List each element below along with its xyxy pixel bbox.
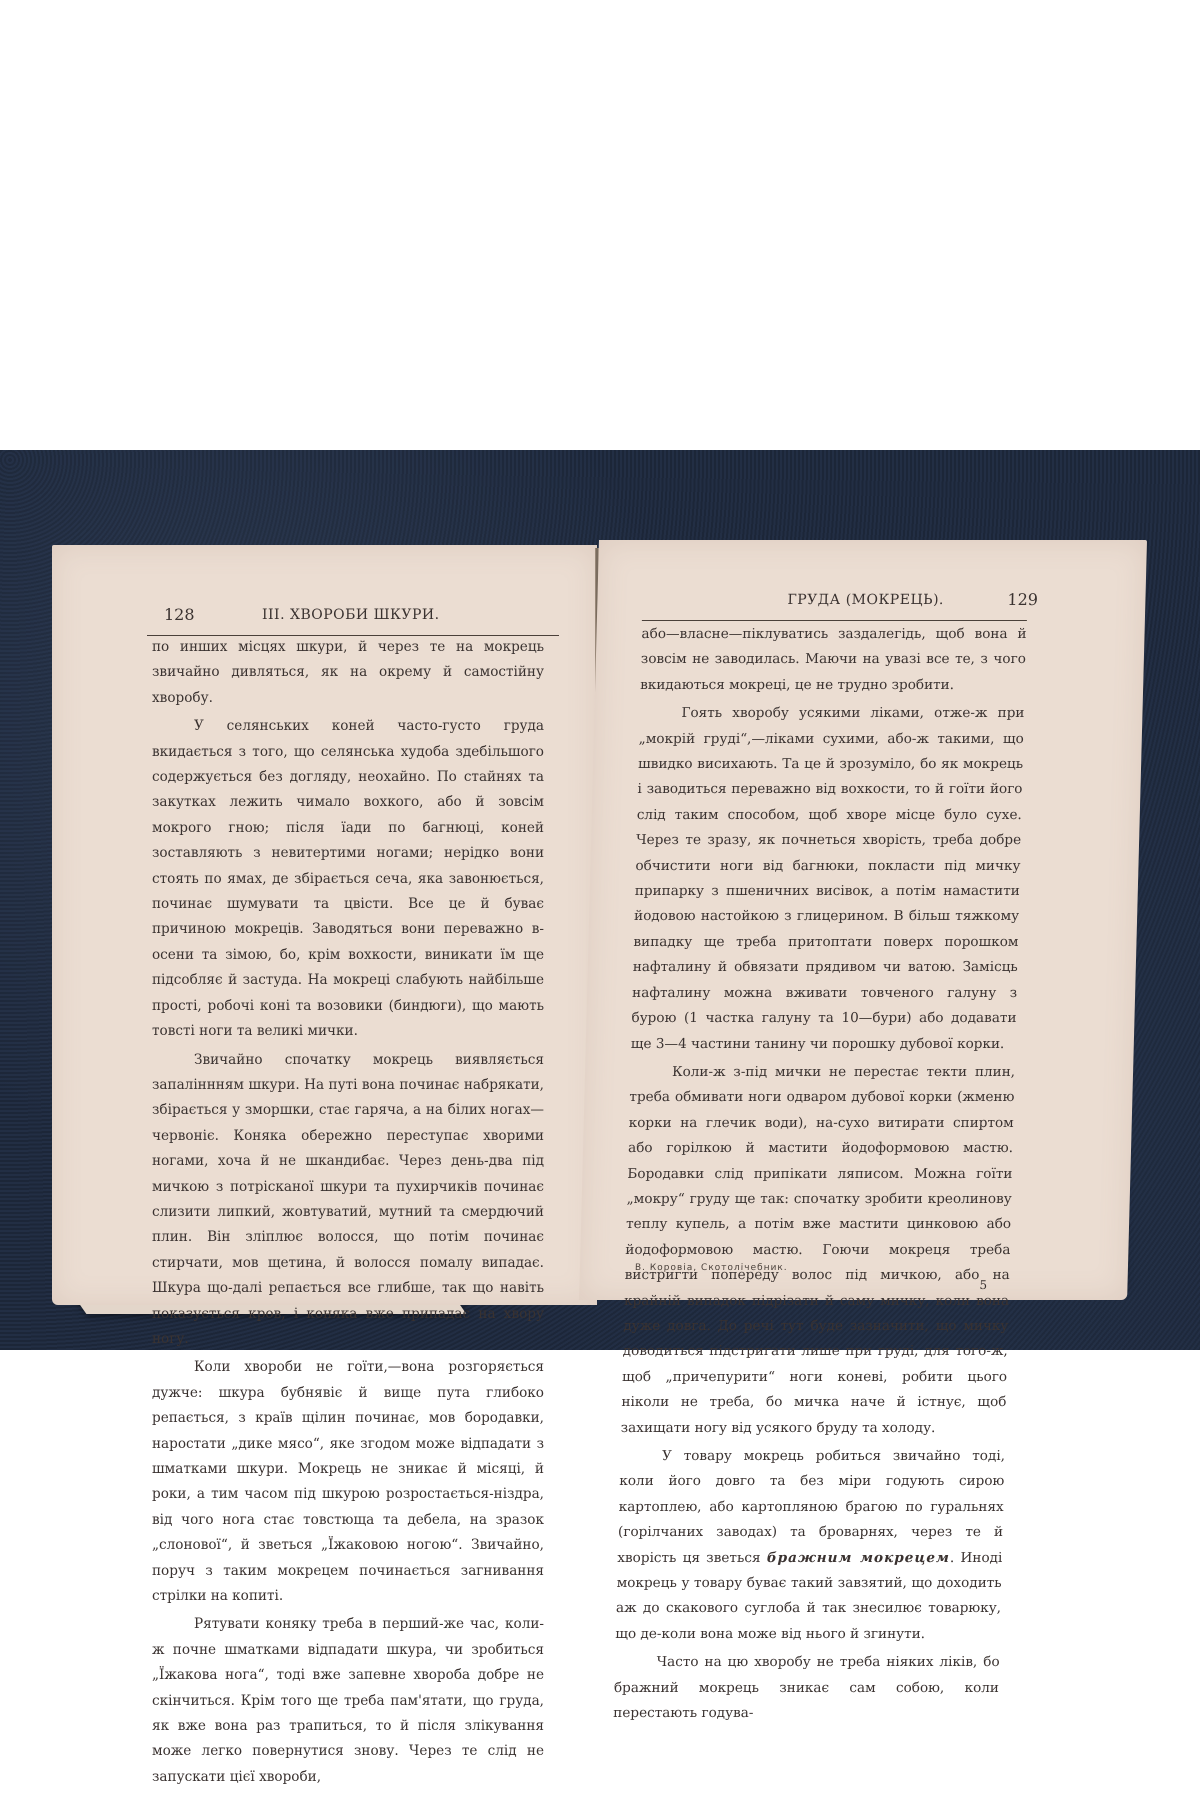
- paragraph: Рятувати коняку треба в перший-же час, к…: [152, 1612, 544, 1790]
- paragraph: Коли-ж з-під мички не перестає текти пли…: [620, 1060, 1015, 1441]
- paragraph: У селянських коней часто-густо груда вки…: [152, 714, 544, 1044]
- paragraph: по инших місцях шкури, й через те на мок…: [152, 635, 544, 711]
- paragraph: Звичайно спочатку мокрець виявляється за…: [152, 1048, 544, 1353]
- italic-term: бражним мокрецем: [767, 1550, 951, 1566]
- left-running-head: III. ХВОРОБИ ШКУРИ.: [262, 607, 440, 623]
- signature-number: 5: [979, 1278, 987, 1292]
- right-header-rule: [642, 620, 1027, 621]
- right-page-number: 129: [1007, 590, 1038, 609]
- right-page-text: або—власне—піклуватись заздалегідь, щоб …: [613, 622, 1027, 1726]
- paragraph: Гоять хворобу усякими ліками, отже-ж при…: [630, 701, 1024, 1057]
- left-page-text: по инших місцях шкури, й через те на мок…: [152, 635, 544, 1790]
- paragraph: або—власне—піклуватись заздалегідь, щоб …: [640, 622, 1027, 698]
- paragraph: Коли хвороби не гоїти,—вона розгоряється…: [152, 1355, 544, 1609]
- paragraph: У товару мокрець робиться звичайно тоді,…: [615, 1444, 1005, 1647]
- paragraph-text: У товару мокрець робиться звичайно тоді,…: [617, 1448, 1005, 1566]
- left-page-number: 128: [164, 605, 195, 624]
- printer-signature: В. Коровіа, Скотолічебник.: [635, 1263, 788, 1273]
- right-page: ГРУДА (МОКРЕЦЬ). 129 або—власне—піклуват…: [579, 540, 1147, 1300]
- paragraph: Часто на цю хворобу не треба ніяких лікі…: [613, 1650, 1000, 1726]
- right-running-head: ГРУДА (МОКРЕЦЬ).: [787, 592, 944, 608]
- left-page: 128 III. ХВОРОБИ ШКУРИ. по инших місцях …: [52, 545, 597, 1305]
